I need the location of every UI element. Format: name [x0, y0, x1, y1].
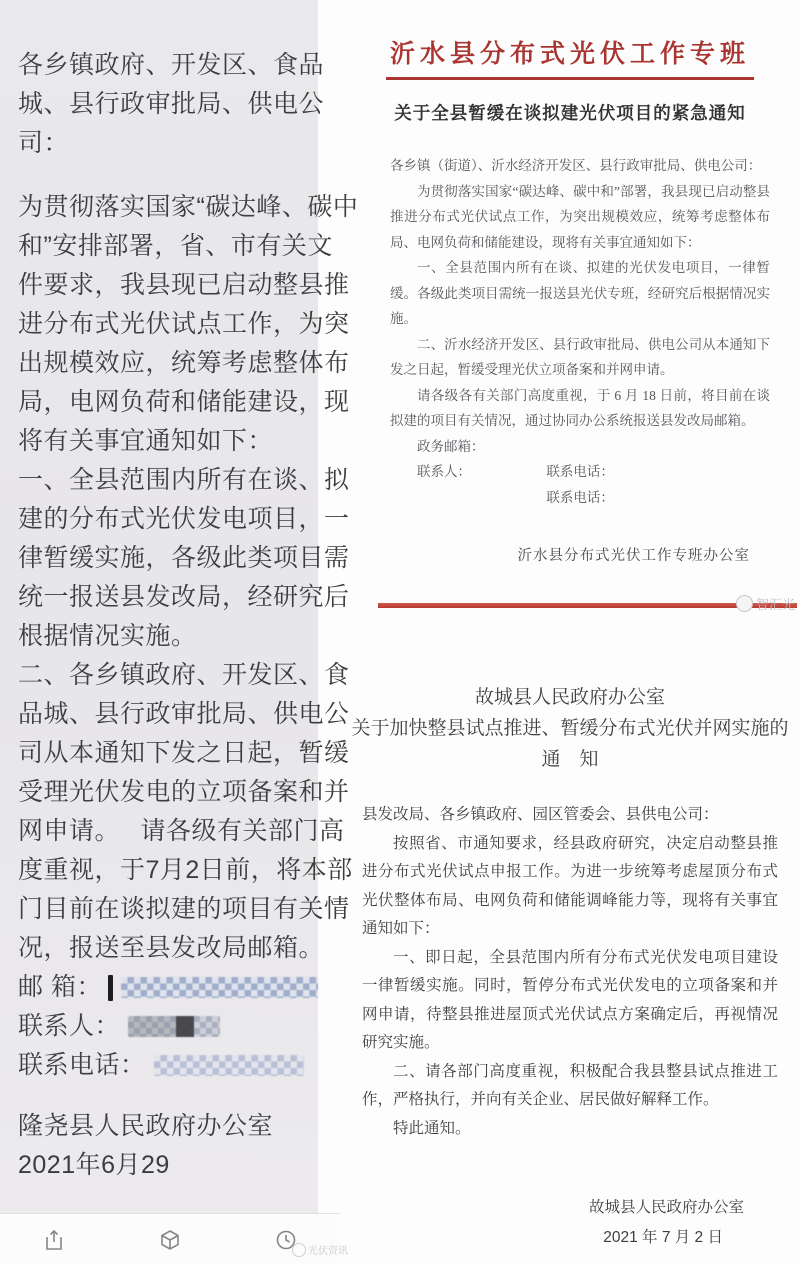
gucheng-body: 县发改局、各乡镇政府、园区管委会、县供电公司： 按照省、市通知要求，经县政府研究…: [362, 801, 778, 1143]
yishui-body: 各乡镇（街道）、沂水经济开发区、县行政审批局、供电公司： 为贯彻落实国家“碳达峰…: [390, 153, 770, 510]
yishui-gov-email-row: 政务邮箱：: [390, 434, 770, 460]
red-divider-rule: [378, 603, 797, 608]
document-text-line: 各乡镇政府、开发区、食品: [18, 46, 318, 85]
share-icon[interactable]: [42, 1228, 66, 1252]
yishui-contact-row: 联系人： 联系电话：: [390, 459, 770, 485]
yishui-paragraph: 一、全县范围内所有在谈、拟建的光伏发电项目，一律暂缓。各级此类项目需统一报送县光…: [390, 255, 770, 332]
document-text-line: 城、县行政审批局、供电公: [18, 85, 318, 124]
yishui-signature: 沂水县分布式光伏工作专班办公室: [340, 544, 750, 565]
gucheng-paragraph: 二、请各部门高度重视，积极配合我县整县试点推进工作，严格执行，并向有关企业、居民…: [362, 1058, 778, 1115]
yishui-paragraph: 为贯彻落实国家“碳达峰、碳中和”部署，我县现已启动整县推进分布式光伏试点工作，为…: [390, 179, 770, 256]
document-text-line: 出规模效应，统筹考虑整体布: [18, 344, 318, 383]
document-text-line: 将有关事宜通知如下：: [18, 422, 318, 461]
watermark-logo-icon: [736, 595, 753, 612]
email-row: 邮 箱：: [18, 968, 318, 1007]
yishui-phone-label-2: 联系电话：: [546, 490, 614, 505]
document-text-line: 况，报送至县发改局邮箱。: [18, 929, 318, 968]
gucheng-paragraph: 一、即日起，全县范围内所有分布式光伏发电项目建设一律暂缓实施。同时，暂停分布式光…: [362, 944, 778, 1058]
phone-row: 联系电话：: [18, 1046, 318, 1085]
document-text-line: 件要求，我县现已启动整县推: [18, 266, 318, 305]
right-watermark: 智汇光: [736, 594, 795, 613]
left-document-text: 各乡镇政府、开发区、食品城、县行政审批局、供电公司：为贯彻落实国家“碳达峰、碳中…: [0, 0, 318, 1185]
left-document-lines: 各乡镇政府、开发区、食品城、县行政审批局、供电公司：为贯彻落实国家“碳达峰、碳中…: [18, 46, 318, 968]
gov-email-label: 政务邮箱：: [390, 434, 543, 460]
gucheng-date: 2021 年 7 月 2 日: [340, 1225, 723, 1247]
right-watermark-text: 智汇光: [756, 594, 795, 613]
contact-person-label: 联系人：: [18, 1007, 120, 1046]
document-text-line: 受理光伏发电的立项备案和并: [18, 773, 318, 812]
email-label: 邮 箱：: [18, 968, 102, 1007]
gucheng-paragraph: 特此通知。: [362, 1115, 778, 1144]
document-text-line: 司从本通知下发之日起，暂缓: [18, 734, 318, 773]
document-text-line: 度重视，于7月2日前，将本部: [18, 851, 318, 890]
gucheng-addressee: 县发改局、各乡镇政府、园区管委会、县供电公司：: [362, 801, 778, 830]
document-text-line: 司：: [18, 124, 318, 163]
gucheng-paragraph: 按照省、市通知要求，经县政府研究，决定启动整县推进分布式光伏试点申报工作。为进一…: [362, 830, 778, 944]
document-text-line: 网申请。 请各级有关部门高: [18, 812, 318, 851]
document-text-line: 门目前在谈拟建的项目有关情: [18, 890, 318, 929]
yishui-paragraphs: 为贯彻落实国家“碳达峰、碳中和”部署，我县现已启动整县推进分布式光伏试点工作，为…: [390, 179, 770, 434]
redaction-mark-icon: [108, 975, 113, 1001]
left-signature: 隆尧县人民政府办公室: [18, 1107, 318, 1146]
document-text-line: 一、全县范围内所有在谈、拟: [18, 461, 318, 500]
yishui-paragraph: 二、沂水经济开发区、县行政审批局、供电公司从本通知下发之日起，暂缓受理光伏立项备…: [390, 332, 770, 383]
left-date: 2021年6月29: [18, 1146, 318, 1185]
left-document-panel: 各乡镇政府、开发区、食品城、县行政审批局、供电公司：为贯彻落实国家“碳达峰、碳中…: [0, 0, 318, 1213]
watermark-logo-icon: [292, 1243, 306, 1257]
document-text-line: 律暂缓实施，各级此类项目需: [18, 539, 318, 578]
yishui-phone-row-2: 联系电话：: [390, 485, 770, 511]
document-text-line: 统一报送县发改局，经研究后: [18, 578, 318, 617]
document-text-line: 品城、县行政审批局、供电公: [18, 695, 318, 734]
yishui-addressee: 各乡镇（街道）、沂水经济开发区、县行政审批局、供电公司：: [390, 153, 770, 179]
redacted-email-mosaic: [121, 977, 318, 998]
cube-icon[interactable]: [158, 1228, 182, 1252]
redacted-phone-mosaic: [154, 1055, 304, 1076]
contact-person-row: 联系人：: [18, 1007, 318, 1046]
document-text-line: 根据情况实施。: [18, 617, 318, 656]
yishui-title: 关于全县暂缓在谈拟建光伏项目的紧急通知: [340, 100, 800, 125]
document-text-line: [18, 163, 318, 188]
yishui-notice: 沂水县分布式光伏工作专班 关于全县暂缓在谈拟建光伏项目的紧急通知 各乡镇（街道）…: [340, 0, 800, 608]
phone-toolbar: [0, 1213, 340, 1265]
yishui-phone-label-1: 联系电话：: [546, 464, 614, 479]
gucheng-signature: 故城县人民政府办公室: [340, 1195, 744, 1217]
yishui-letterhead: 沂水县分布式光伏工作专班: [386, 34, 754, 80]
document-text-line: 为贯彻落实国家“碳达峰、碳中: [18, 188, 318, 227]
gucheng-notice-word: 通 知: [340, 744, 800, 775]
document-text-line: 和”安排部署，省、市有关文: [18, 227, 318, 266]
yishui-paragraph: 请各级各有关部门高度重视，于 6 月 18 日前，将目前在谈拟建的项目有关情况，…: [390, 383, 770, 434]
redacted-person-mosaic: [128, 1016, 220, 1037]
gucheng-paragraphs: 按照省、市通知要求，经县政府研究，决定启动整县推进分布式光伏试点申报工作。为进一…: [362, 830, 778, 1144]
gucheng-notice: 故城县人民政府办公室 关于加快整县试点推进、暂缓分布式光伏并网实施的 通 知 县…: [340, 652, 800, 1247]
document-text-line: 二、各乡镇政府、开发区、食: [18, 656, 318, 695]
document-text-line: 建的分布式光伏发电项目，一: [18, 500, 318, 539]
document-text-line: 进分布式光伏试点工作，为突: [18, 305, 318, 344]
yishui-contact-label: 联系人：: [390, 459, 543, 485]
phone-label: 联系电话：: [18, 1046, 146, 1085]
gucheng-subject-title: 关于加快整县试点推进、暂缓分布式光伏并网实施的: [340, 713, 800, 744]
gucheng-office-title: 故城县人民政府办公室: [340, 682, 800, 713]
document-text-line: 局，电网负荷和储能建设，现: [18, 383, 318, 422]
